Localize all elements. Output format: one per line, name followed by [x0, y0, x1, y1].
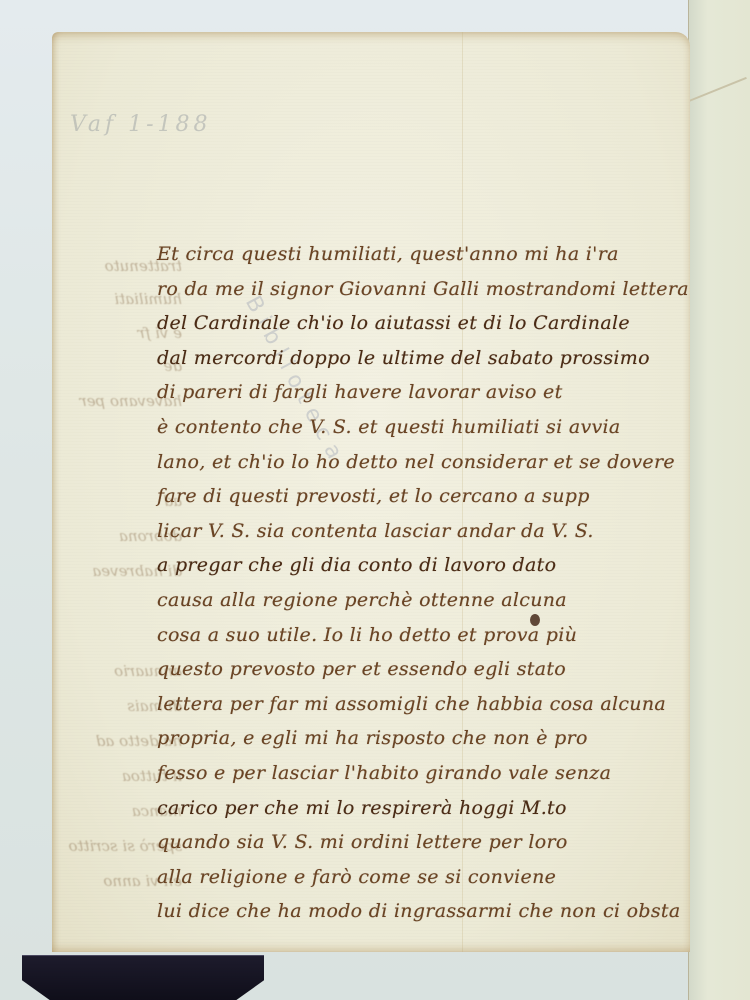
manuscript-line: lettera per far mi assomigli che habbia … — [157, 687, 687, 722]
manuscript-line: propria, e egli mi ha risposto che non è… — [157, 721, 687, 756]
manuscript-line: dal mercordi doppo le ultime del sabato … — [157, 341, 687, 376]
manuscript-line: fare di questi prevosti, et lo cercano a… — [157, 479, 687, 514]
manuscript-line: ro da me il signor Giovanni Galli mostra… — [157, 272, 687, 307]
manuscript-line: è contento che V. S. et questi humiliati… — [157, 410, 687, 445]
manuscript-line: alla religione e farò come se si convien… — [157, 860, 687, 895]
ink-blot — [530, 614, 540, 626]
handwritten-letter-body: Et circa questi humiliati, quest'anno mi… — [157, 237, 687, 929]
manuscript-line: questo prevosto per et essendo egli stat… — [157, 652, 687, 687]
manuscript-line: di pareri di fargli havere lavorar aviso… — [157, 375, 687, 410]
manuscript-line: licar V. S. sia contenta lasciar andar d… — [157, 514, 687, 549]
pencil-annotation: Vaf 1-188 — [70, 112, 212, 137]
manuscript-page: Vaf 1-188 trattenuto humiliati è vi fr d… — [52, 32, 690, 952]
page-fold-crease — [689, 77, 747, 102]
manuscript-line: cosa a suo utile. Io li ho detto et prov… — [157, 618, 687, 653]
manuscript-line: lano, et ch'io lo ho detto nel considera… — [157, 445, 687, 480]
page-weight-clamp — [22, 955, 264, 1000]
manuscript-line: a pregar che gli dia conto di lavoro dat… — [157, 548, 687, 583]
facing-page-edge — [688, 0, 750, 1000]
manuscript-line: del Cardinale ch'io lo aiutassi et di lo… — [157, 306, 687, 341]
manuscript-line: causa alla regione perchè ottenne alcuna — [157, 583, 687, 618]
manuscript-line: Et circa questi humiliati, quest'anno mi… — [157, 237, 687, 272]
manuscript-line: quando sia V. S. mi ordini lettere per l… — [157, 825, 687, 860]
manuscript-line: carico per che mi lo respirerà hoggi M.t… — [157, 791, 687, 826]
manuscript-line: lui dice che ha modo di ingrassarmi che … — [157, 894, 687, 929]
manuscript-line: fesso e per lasciar l'habito girando val… — [157, 756, 687, 791]
